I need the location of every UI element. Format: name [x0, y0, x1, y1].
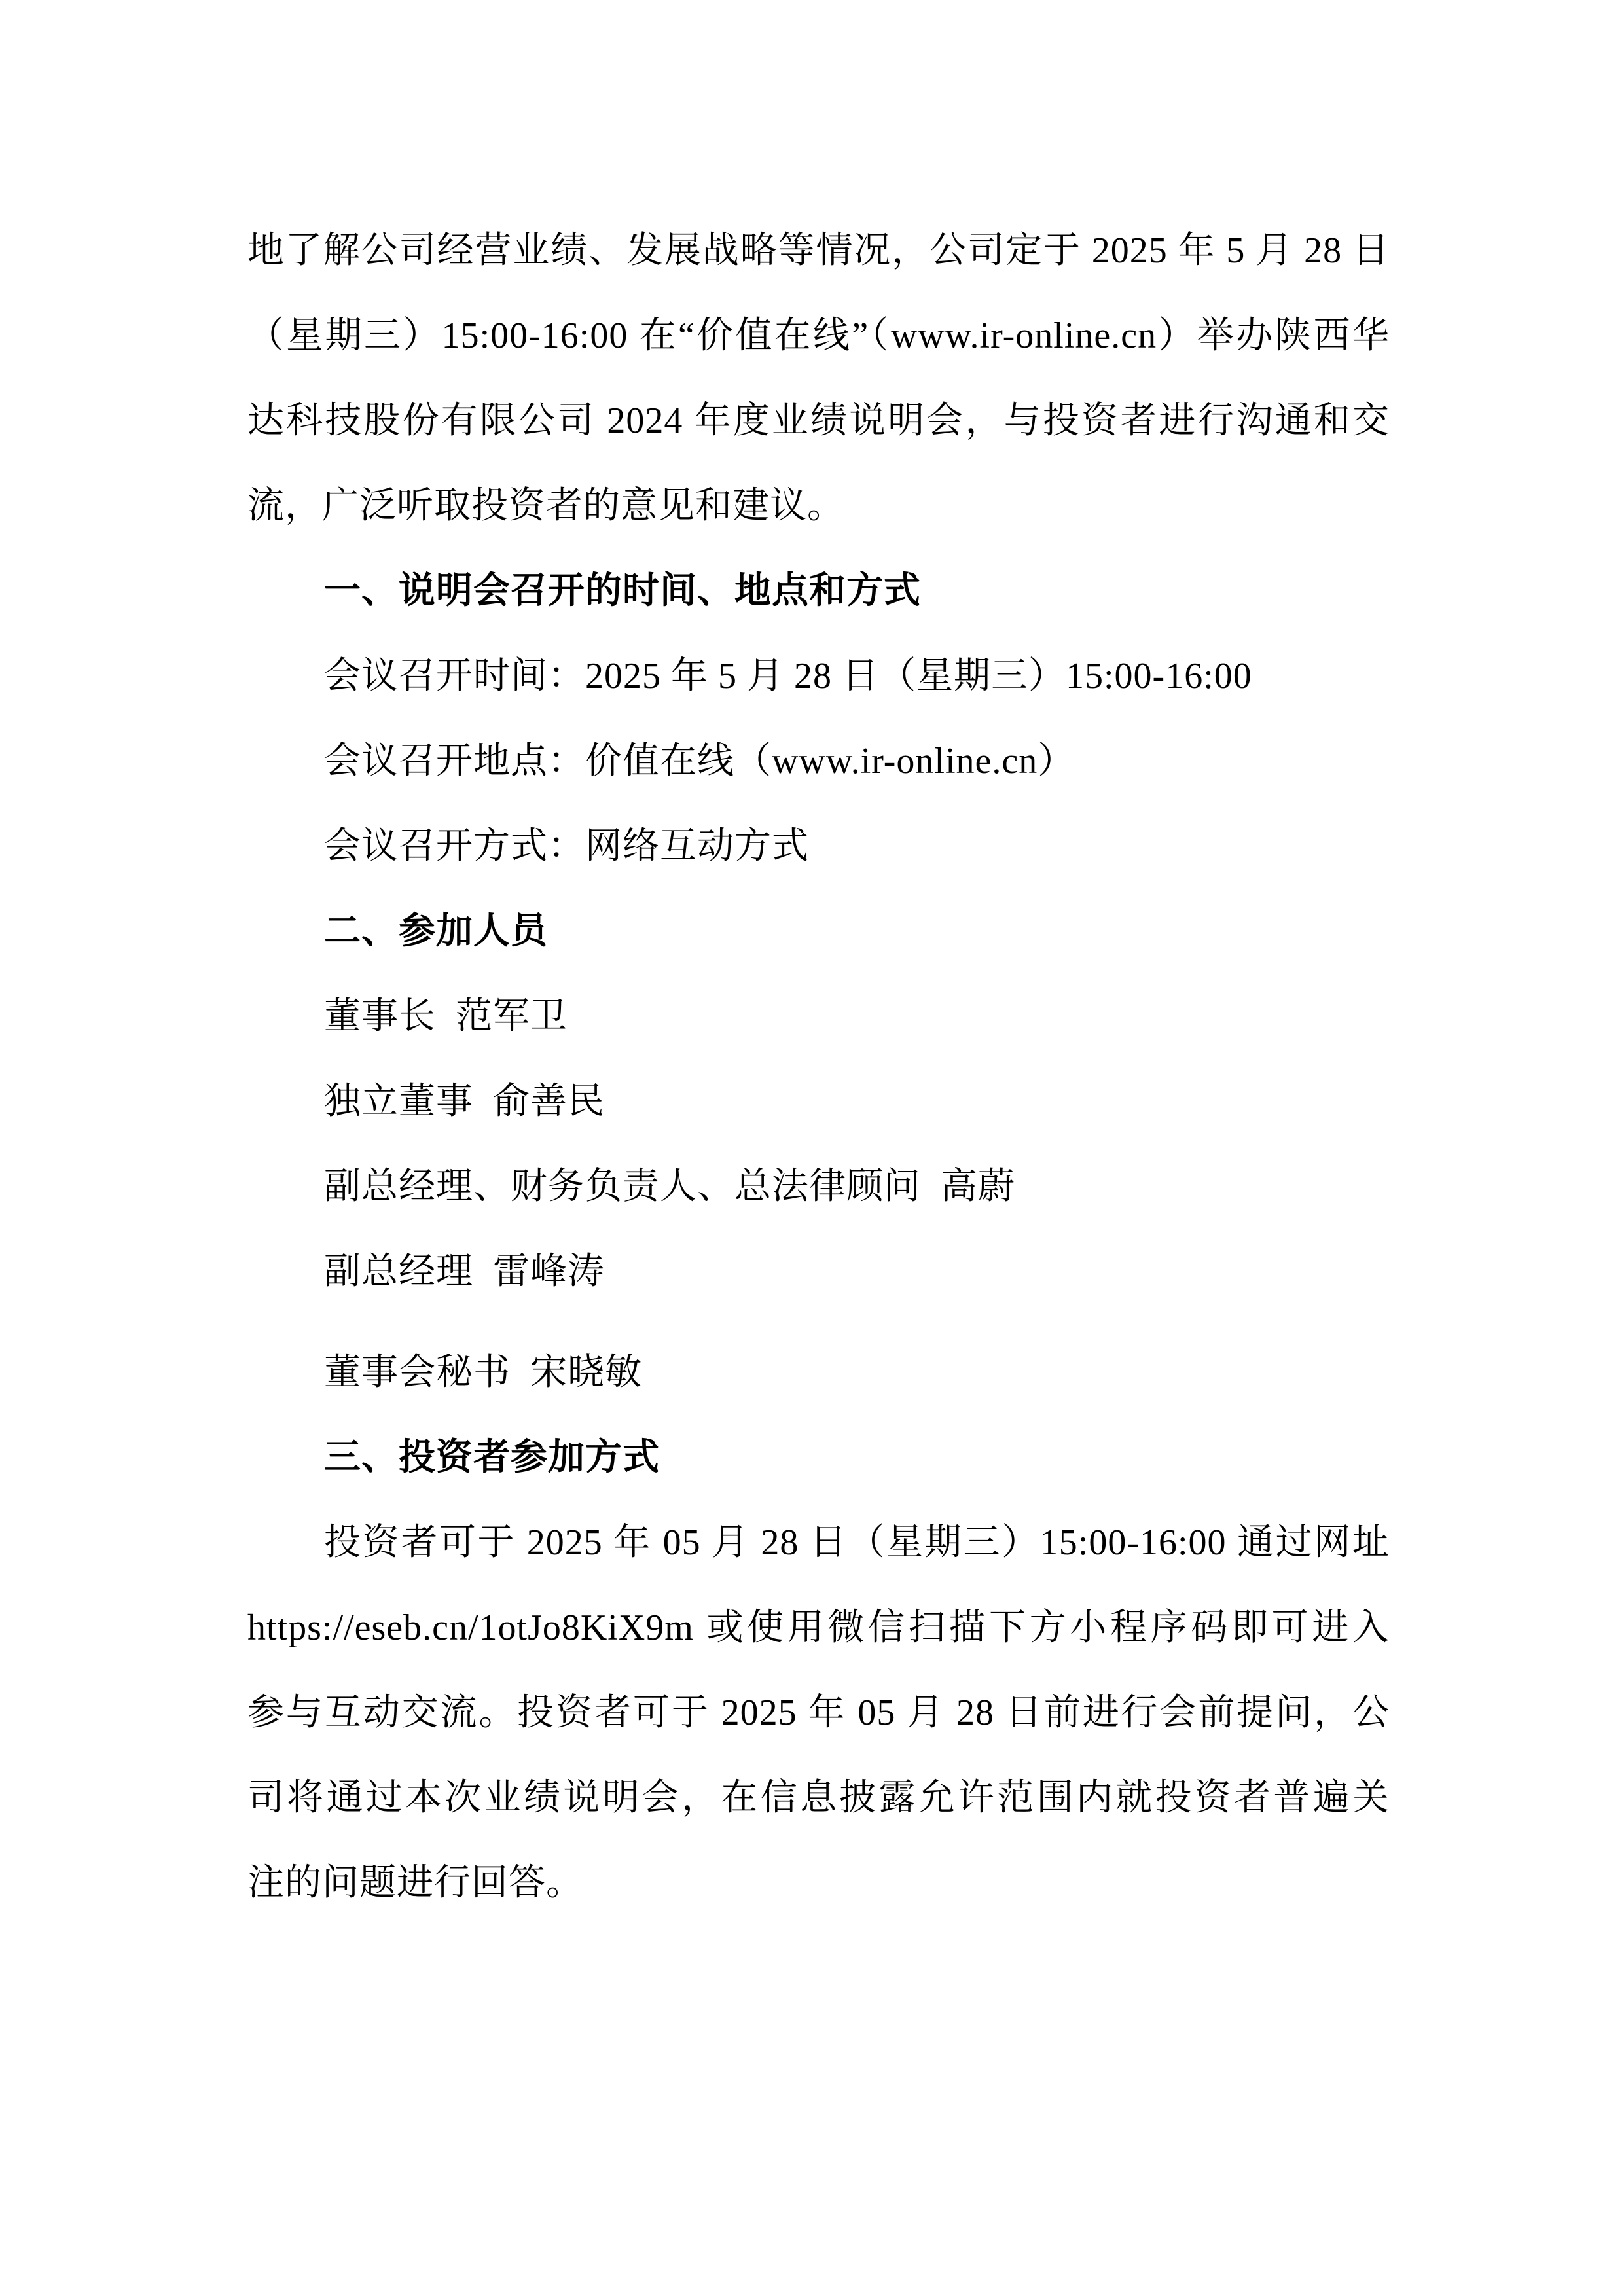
document-page: 地了解公司经营业绩、发展战略等情况，公司定于 2025 年 5 月 28 日 （… [247, 208, 1390, 1926]
intro-line: 流，广泛听取投资者的意见和建议。 [247, 463, 1390, 548]
section-heading-attendees: 二、参加人员 [247, 889, 1390, 974]
meeting-method: 会议召开方式：网络互动方式 [247, 804, 1390, 889]
attendee-item: 副总经理 雷峰涛 [247, 1229, 1390, 1314]
section-heading-investor-participation: 三、投资者参加方式 [247, 1415, 1390, 1500]
paragraph-line-with-url: https://eseb.cn/1otJo8KiX9m 或使用微信扫描下方小程序… [247, 1585, 1390, 1670]
attendee-item: 副总经理、财务负责人、总法律顾问 高蔚 [247, 1144, 1390, 1229]
section-heading-time-place: 一、说明会召开的时间、地点和方式 [247, 548, 1390, 634]
paragraph-line: 投资者可于 2025 年 05 月 28 日（星期三）15:00-16:00 通… [247, 1500, 1390, 1585]
investor-participation-paragraph: 投资者可于 2025 年 05 月 28 日（星期三）15:00-16:00 通… [247, 1500, 1390, 1926]
paragraph-line: 司将通过本次业绩说明会，在信息披露允许范围内就投资者普遍关 [247, 1755, 1390, 1840]
intro-line: （星期三）15:00-16:00 在“价值在线”（www.ir-online.c… [247, 293, 1390, 378]
meeting-time: 会议召开时间：2025 年 5 月 28 日（星期三）15:00-16:00 [247, 634, 1390, 719]
spacer [247, 1314, 1390, 1330]
meeting-place: 会议召开地点：价值在线（www.ir-online.cn） [247, 719, 1390, 804]
intro-line: 达科技股份有限公司 2024 年度业绩说明会，与投资者进行沟通和交 [247, 378, 1390, 463]
paragraph-line: 注的问题进行回答。 [247, 1840, 1390, 1926]
intro-paragraph: 地了解公司经营业绩、发展战略等情况，公司定于 2025 年 5 月 28 日 （… [247, 208, 1390, 548]
paragraph-line: 参与互动交流。投资者可于 2025 年 05 月 28 日前进行会前提问，公 [247, 1670, 1390, 1755]
attendee-item: 独立董事 俞善民 [247, 1059, 1390, 1144]
attendee-item: 董事长 范军卫 [247, 974, 1390, 1059]
attendee-item: 董事会秘书 宋晓敏 [247, 1330, 1390, 1415]
intro-line: 地了解公司经营业绩、发展战略等情况，公司定于 2025 年 5 月 28 日 [247, 208, 1390, 293]
